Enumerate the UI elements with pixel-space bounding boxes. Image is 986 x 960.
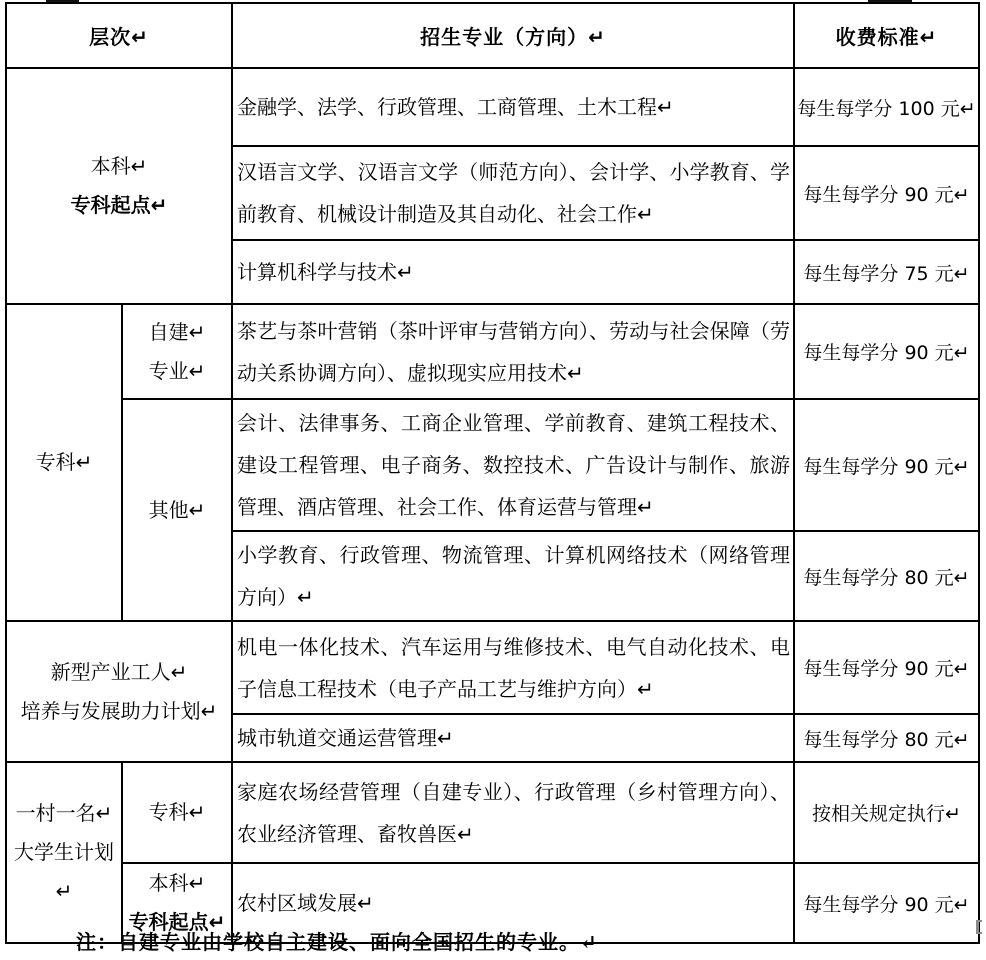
table-header-row: 层次↵ 招生专业（方向）↵ 收费标准↵ [6,3,979,68]
table-row: 一村一名↵ 大学生计划↵ 专科↵ 家庭农场经营管理（自建专业）、行政管理（乡村管… [6,762,979,863]
sublevel-line: 专业↵ [123,352,231,391]
level-cell-xinxing-chanye-gongren: 新型产业工人↵ 培养与发展助力计划↵ [6,621,232,762]
tuition-fee-table: 层次↵ 招生专业（方向）↵ 收费标准↵ 本科↵ 专科起点↵ 金融学、法学、行政管… [5,2,980,944]
level-cell-zhuanke: 专科↵ [6,304,122,621]
level-line-bold: 专科起点↵ [7,186,231,225]
sublevel-cell-zhuanke: 专科↵ [122,762,232,863]
table-row: 专科↵ 自建↵ 专业↵ 茶艺与茶叶营销（茶叶评审与营销方向）、劳动与社会保障（劳… [6,304,979,399]
fee-cell: 每生每学分 80 元↵ [794,714,979,762]
table-row: 本科↵ 专科起点↵ 金融学、法学、行政管理、工商管理、土木工程↵ 每生每学分 1… [6,68,979,146]
majors-cell: 汉语言文学、汉语言文学（师范方向）、会计学、小学教育、学前教育、机械设计制造及其… [232,146,794,240]
majors-cell: 机电一体化技术、汽车运用与维修技术、电气自动化技术、电子信息工程技术（电子产品工… [232,621,794,714]
sublevel-line: 本科↵ [123,864,231,903]
table-row: 新型产业工人↵ 培养与发展助力计划↵ 机电一体化技术、汽车运用与维修技术、电气自… [6,621,979,714]
fee-cell: 每生每学分 75 元↵ [794,240,979,304]
sublevel-cell-zijian-zhuanye: 自建↵ 专业↵ [122,304,232,399]
level-line: 本科↵ [7,147,231,186]
sublevel-cell-qita: 其他↵ [122,399,232,621]
sublevel-line: 自建↵ [123,313,231,352]
level-cell-benke-zhuankeqidian: 本科↵ 专科起点↵ [6,68,232,304]
header-major: 招生专业（方向）↵ [232,3,794,68]
fee-cell: 每生每学分 100 元↵ [794,68,979,146]
fee-cell: 每生每学分 90 元↵ [794,146,979,240]
header-level: 层次↵ [6,3,232,68]
level-line: 大学生计划↵ [7,833,121,911]
majors-cell: 金融学、法学、行政管理、工商管理、土木工程↵ [232,68,794,146]
majors-cell: 茶艺与茶叶营销（茶叶评审与营销方向）、劳动与社会保障（劳动关系协调方向）、虚拟现… [232,304,794,399]
header-fee: 收费标准↵ [794,3,979,68]
level-line: 培养与发展助力计划↵ [7,692,231,731]
cursor-artifact [976,920,982,934]
majors-cell: 计算机科学与技术↵ [232,240,794,304]
fee-cell: 每生每学分 80 元↵ [794,531,979,621]
level-line: 一村一名↵ [7,794,121,833]
level-line: 新型产业工人↵ [7,653,231,692]
table-row: 其他↵ 会计、法律事务、工商企业管理、学前教育、建筑工程技术、建设工程管理、电子… [6,399,979,531]
fee-cell: 按相关规定执行↵ [794,762,979,863]
fee-cell: 每生每学分 90 元↵ [794,863,979,943]
fee-cell: 每生每学分 90 元↵ [794,621,979,714]
majors-cell: 会计、法律事务、工商企业管理、学前教育、建筑工程技术、建设工程管理、电子商务、数… [232,399,794,531]
fee-cell: 每生每学分 90 元↵ [794,399,979,531]
fee-cell: 每生每学分 90 元↵ [794,304,979,399]
footnote: 注：自建专业由学校自主建设、面向全国招生的专业。↵ [76,926,598,955]
majors-cell: 城市轨道交通运营管理↵ [232,714,794,762]
majors-cell: 小学教育、行政管理、物流管理、计算机网络技术（网络管理方向）↵ [232,531,794,621]
majors-cell: 家庭农场经营管理（自建专业）、行政管理（乡村管理方向）、农业经济管理、畜牧兽医↵ [232,762,794,863]
level-cell-yicun-yiming: 一村一名↵ 大学生计划↵ [6,762,122,943]
